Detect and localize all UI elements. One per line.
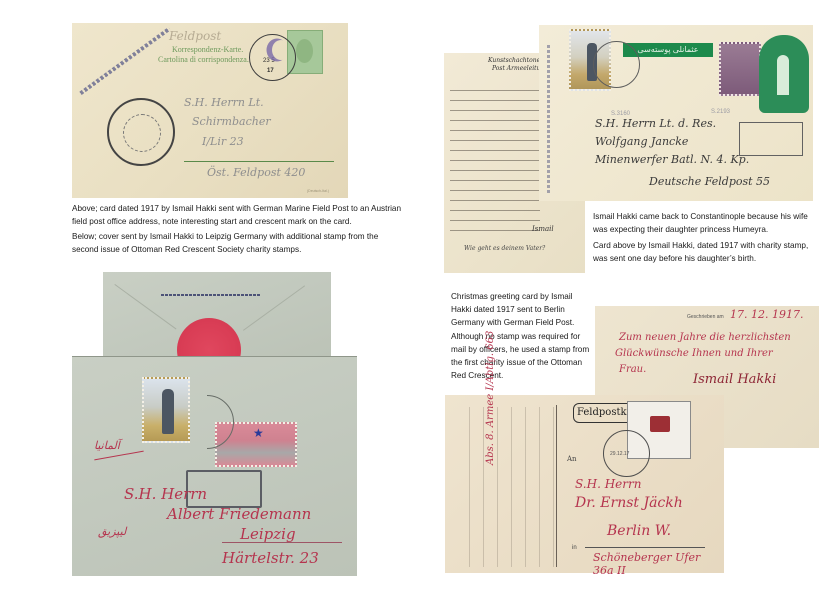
letter-postscript: Wie geht es deinem Vater? bbox=[464, 245, 545, 252]
card-footer-print: (Deutsch-Ital.) bbox=[307, 189, 329, 193]
caption-christmas-card: Christmas greeting card by Ismail Hakki … bbox=[451, 290, 591, 385]
to-label: An bbox=[567, 455, 577, 463]
letter-signature: Ismail bbox=[532, 225, 554, 233]
feldpost-handwritten: Feldpost bbox=[169, 29, 221, 43]
feldpost-address-line-4: Schöneberger Ufer 36a II bbox=[593, 551, 724, 577]
greeting-line-2: Glückwünsche Ihnen und Ihrer bbox=[615, 348, 773, 359]
city-underline bbox=[585, 547, 705, 548]
postmark-circle: 23 5 17 bbox=[249, 34, 296, 81]
postmark-date: 29.12.17 bbox=[610, 451, 629, 457]
sender-print-back bbox=[161, 294, 261, 296]
crescent-mark bbox=[272, 40, 290, 60]
feldpost-address-line-3: Berlin W. bbox=[607, 523, 671, 539]
greeting-date: 17. 12. 1917. bbox=[730, 308, 803, 321]
ottoman-address-line-3: Minenwerfer Batl. N. 4. Kp. bbox=[595, 153, 749, 166]
greeting-line-3: Frau. bbox=[619, 364, 646, 375]
greeting-signature: Ismail Hakki bbox=[693, 372, 776, 387]
cover-back-image bbox=[103, 272, 331, 356]
feldpost-address-line-2: Dr. Ernst Jäckh bbox=[575, 495, 683, 511]
letter-header-line-1: Kunstschachtone bbox=[488, 57, 540, 64]
green-imprinted-stamp bbox=[759, 35, 809, 113]
caption-christmas-card-text: Christmas greeting card by Ismail Hakki … bbox=[451, 290, 591, 382]
address-line-2: Schirmbacher bbox=[192, 115, 271, 128]
feldpostkarte-image: Abs. 8. Armee I/Abtlg. 663 Feldpostkarte… bbox=[445, 395, 724, 573]
red-crescent-flag bbox=[650, 416, 670, 432]
registry-number-2: S.2193 bbox=[711, 109, 730, 115]
envelope-flap-line-right bbox=[243, 285, 305, 330]
ottoman-address-line-2: Wolfgang Jancke bbox=[595, 135, 688, 148]
feldpost-postmark: 29.12.17 bbox=[603, 430, 650, 477]
address-line-4: Öst. Feldpost 420 bbox=[207, 166, 305, 179]
ottoman-script-top: آلمانیا bbox=[94, 439, 120, 452]
vertical-form-text bbox=[459, 407, 554, 567]
vertical-sender-print bbox=[547, 45, 550, 195]
feldpost-address-line-1: S.H. Herrn bbox=[575, 477, 641, 491]
address-underline bbox=[184, 161, 334, 162]
blue-star-overprint: ★ bbox=[253, 426, 264, 440]
caption-austrian-card: Above; card dated 1917 by Ismail Hakki s… bbox=[72, 203, 402, 228]
emperor-portrait-oval bbox=[296, 39, 313, 63]
in-label: in bbox=[572, 545, 577, 551]
cachet-eagle-emblem bbox=[123, 114, 161, 152]
cover-address-line-3: Leipzig bbox=[240, 525, 296, 543]
caption-leipzig-cover: Below; cover sent by Ismail Hakki to Lei… bbox=[72, 231, 402, 256]
date-label: Geschrieben am bbox=[687, 314, 724, 320]
austrian-correspondence-card-image: Feldpost Korrespondenz-Karte. Cartolina … bbox=[72, 23, 348, 198]
soldier-figure bbox=[162, 389, 174, 434]
cover-address-line-2: Albert Friedemann bbox=[167, 505, 311, 523]
caption-humeyra-birth: Ismail Hakki came back to Constantinople… bbox=[593, 210, 823, 268]
ottoman-address-line-1: S.H. Herrn Lt. d. Res. bbox=[595, 117, 716, 130]
card-title-italian: Cartolina di corrispondenza. bbox=[158, 55, 249, 64]
purple-charity-stamp bbox=[719, 42, 761, 96]
card-title-german: Korrespondenz-Karte. bbox=[172, 45, 243, 54]
soldier-charity-stamp bbox=[142, 377, 190, 443]
cover-address-line-1: S.H. Herrn bbox=[124, 485, 207, 503]
address-line-3: I/Lir 23 bbox=[202, 135, 244, 148]
cover-address-line-4: Härtelstr. 23 bbox=[222, 549, 319, 567]
postmark-date: 23 5 bbox=[263, 58, 275, 64]
greeting-line-1: Zum neuen Jahre die herzlichsten bbox=[619, 332, 791, 343]
sender-vertical-handwriting: Abs. 8. Armee I/Abtlg. 663 bbox=[485, 331, 496, 465]
address-line-1: S.H. Herrn Lt. bbox=[184, 96, 264, 109]
ottoman-script-bottom: لیپزیق bbox=[98, 525, 126, 538]
caption-return-constantinople: Ismail Hakki came back to Constantinople… bbox=[593, 210, 823, 236]
mosque-emblem bbox=[777, 55, 789, 95]
envelope-flap-line-left bbox=[114, 284, 176, 329]
form-divider-vertical bbox=[556, 405, 557, 567]
diagonal-printed-sender-cachet bbox=[79, 27, 170, 95]
cover-front-image: ★ آلمانیا S.H. Herrn Albert Friedemann L… bbox=[72, 356, 357, 576]
schutzenregiment-cachet bbox=[107, 98, 175, 166]
ottoman-postal-card-image: عثمانلی پوسته‌سی S.3160 S.2193 S.H. Herr… bbox=[539, 25, 813, 201]
red-underline-top bbox=[94, 451, 143, 461]
ottoman-postmark bbox=[593, 41, 640, 88]
postmark-year: 17 bbox=[267, 68, 274, 74]
letter-handwriting-body bbox=[450, 83, 540, 233]
red-underline-city bbox=[222, 542, 342, 543]
caption-austrian-card-and-cover: Above; card dated 1917 by Ismail Hakki s… bbox=[72, 203, 402, 259]
censor-box-cachet bbox=[739, 122, 803, 156]
ottoman-address-line-4: Deutsche Feldpost 55 bbox=[649, 175, 770, 188]
caption-charity-stamp-card: Card above by Ismail Hakki, dated 1917 w… bbox=[593, 239, 823, 265]
